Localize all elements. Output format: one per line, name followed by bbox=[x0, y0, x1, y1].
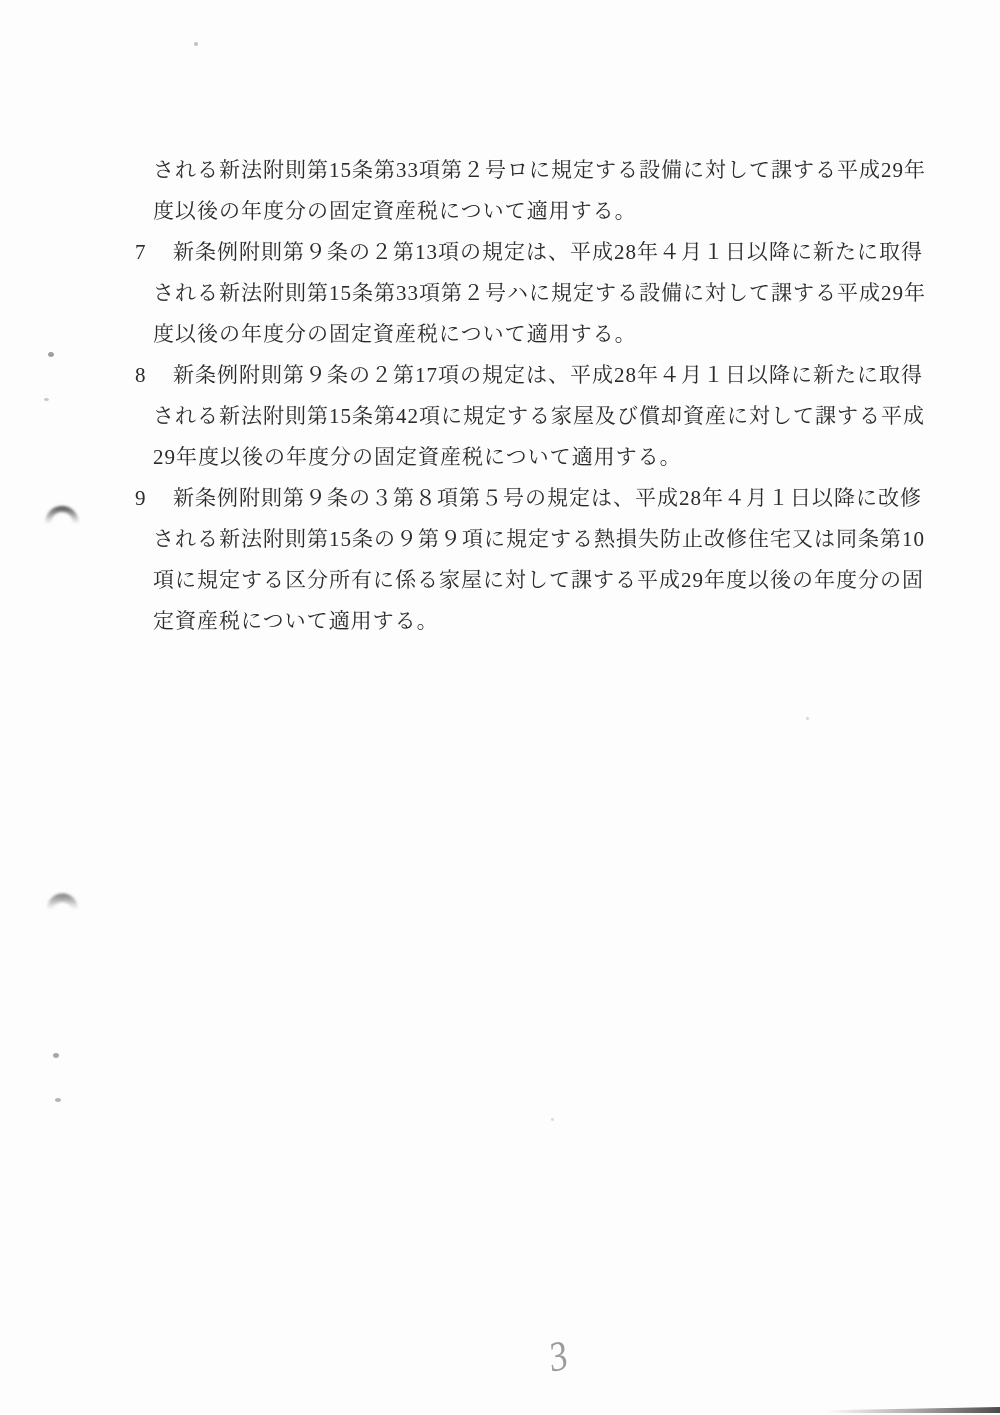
text-line: 度以後の年度分の固定資産税について適用する。 bbox=[0, 197, 1000, 227]
item-number: 9 bbox=[135, 484, 146, 512]
text-line: 8 新条例附則第９条の２第17項の規定は、平成28年４月１日以降に新たに取得 bbox=[0, 361, 1000, 391]
text-line: 項に規定する区分所有に係る家屋に対して課する平成29年度以後の年度分の固 bbox=[0, 566, 1000, 596]
line-text: 度以後の年度分の固定資産税について適用する。 bbox=[153, 320, 637, 348]
line-text: される新法附則第15条の９第９項に規定する熱損失防止改修住宅又は同条第10 bbox=[153, 525, 925, 553]
item-number: 8 bbox=[135, 361, 146, 389]
text-line: される新法附則第15条第33項第２号ハに規定する設備に対して課する平成29年 bbox=[0, 279, 1000, 309]
item-number: 7 bbox=[135, 238, 146, 266]
scan-speck bbox=[806, 717, 809, 720]
line-text: される新法附則第15条第33項第２号ハに規定する設備に対して課する平成29年 bbox=[153, 279, 926, 307]
line-text: される新法附則第15条第33項第２号ロに規定する設備に対して課する平成29年 bbox=[153, 156, 926, 184]
scan-speck bbox=[48, 352, 54, 357]
line-text: される新法附則第15条第42項に規定する家屋及び償却資産に対して課する平成 bbox=[153, 402, 925, 430]
line-text: 新条例附則第９条の２第17項の規定は、平成28年４月１日以降に新たに取得 bbox=[173, 361, 923, 389]
text-line: 度以後の年度分の固定資産税について適用する。 bbox=[0, 320, 1000, 350]
text-line: 7 新条例附則第９条の２第13項の規定は、平成28年４月１日以降に新たに取得 bbox=[0, 238, 1000, 268]
scan-speck bbox=[551, 1118, 554, 1121]
scanner-edge-shadow bbox=[826, 1407, 1000, 1413]
punch-hole-shadow-icon bbox=[45, 884, 80, 911]
text-line: される新法附則第15条第33項第２号ロに規定する設備に対して課する平成29年 bbox=[0, 156, 1000, 186]
punch-hole-shadow-icon bbox=[43, 496, 81, 525]
handwritten-page-number: 3 bbox=[545, 1332, 572, 1383]
scan-speck bbox=[194, 42, 198, 46]
line-text: 項に規定する区分所有に係る家屋に対して課する平成29年度以後の年度分の固 bbox=[153, 566, 924, 594]
line-text: 定資産税について適用する。 bbox=[153, 607, 439, 635]
line-text: 29年度以後の年度分の固定資産税について適用する。 bbox=[153, 443, 682, 471]
text-line: 定資産税について適用する。 bbox=[0, 607, 1000, 637]
scanned-document-page: される新法附則第15条第33項第２号ロに規定する設備に対して課する平成29年 度… bbox=[0, 0, 1000, 1415]
line-text: 度以後の年度分の固定資産税について適用する。 bbox=[153, 197, 637, 225]
text-line: 9 新条例附則第９条の３第８項第５号の規定は、平成28年４月１日以降に改修 bbox=[0, 484, 1000, 514]
text-line: される新法附則第15条の９第９項に規定する熱損失防止改修住宅又は同条第10 bbox=[0, 525, 1000, 555]
scan-speck bbox=[53, 1053, 59, 1058]
scan-speck bbox=[44, 398, 49, 401]
text-line: される新法附則第15条第42項に規定する家屋及び償却資産に対して課する平成 bbox=[0, 402, 1000, 432]
scan-speck bbox=[55, 1098, 61, 1102]
line-text: 新条例附則第９条の２第13項の規定は、平成28年４月１日以降に新たに取得 bbox=[173, 238, 923, 266]
text-line: 29年度以後の年度分の固定資産税について適用する。 bbox=[0, 443, 1000, 473]
line-text: 新条例附則第９条の３第８項第５号の規定は、平成28年４月１日以降に改修 bbox=[173, 484, 922, 512]
